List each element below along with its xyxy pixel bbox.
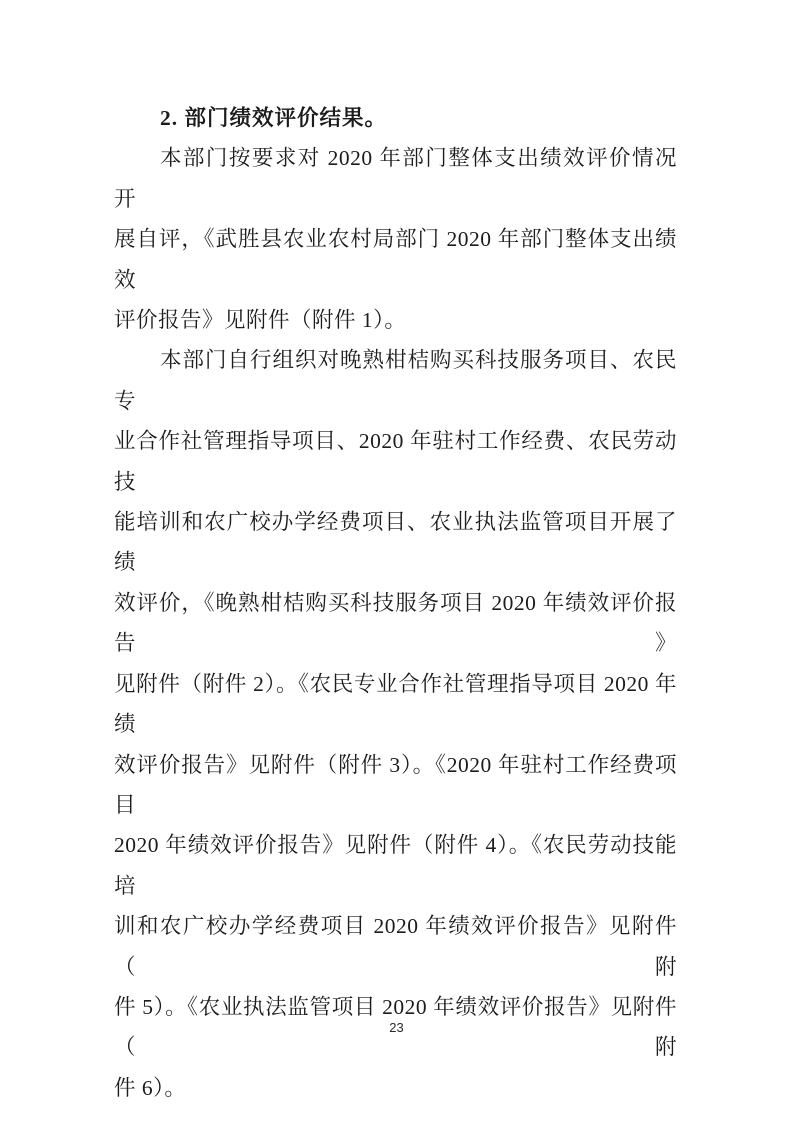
paragraph-2-line: 见附件（附件 2）。《农民专业合作社管理指导项目 2020 年绩 [114,664,677,745]
paragraph-2-line: 效评价，《晚熟柑桔购买科技服务项目 2020 年绩效评价报告》 [114,583,677,664]
paragraph-2-line: 本部门自行组织对晚熟柑桔购买科技服务项目、农民专 [114,340,677,421]
paragraph-2-line: 业合作社管理指导项目、2020 年驻村工作经费、农民劳动技 [114,421,677,502]
page-number: 23 [0,1020,793,1035]
paragraph-1-line: 本部门按要求对 2020 年部门整体支出绩效评价情况开 [114,138,677,219]
paragraph-1-line: 展自评，《武胜县农业农村局部门 2020 年部门整体支出绩效 [114,219,677,300]
paragraph-2-line: 件 6）。 [114,1068,677,1108]
section-heading: 2. 部门绩效评价结果。 [114,98,677,138]
paragraph-2-line: 2020 年绩效评价报告》见附件（附件 4）。《农民劳动技能培 [114,825,677,906]
document-body: 2. 部门绩效评价结果。 本部门按要求对 2020 年部门整体支出绩效评价情况开… [114,98,677,1108]
paragraph-2-line: 能培训和农广校办学经费项目、农业执法监管项目开展了绩 [114,502,677,583]
paragraph-1-line: 评价报告》见附件（附件 1）。 [114,300,677,340]
paragraph-2-line: 效评价报告》见附件（附件 3）。《2020 年驻村工作经费项目 [114,745,677,826]
paragraph-2-line: 训和农广校办学经费项目 2020 年绩效评价报告》见附件（附 [114,906,677,987]
document-page: 2. 部门绩效评价结果。 本部门按要求对 2020 年部门整体支出绩效评价情况开… [0,0,793,1122]
